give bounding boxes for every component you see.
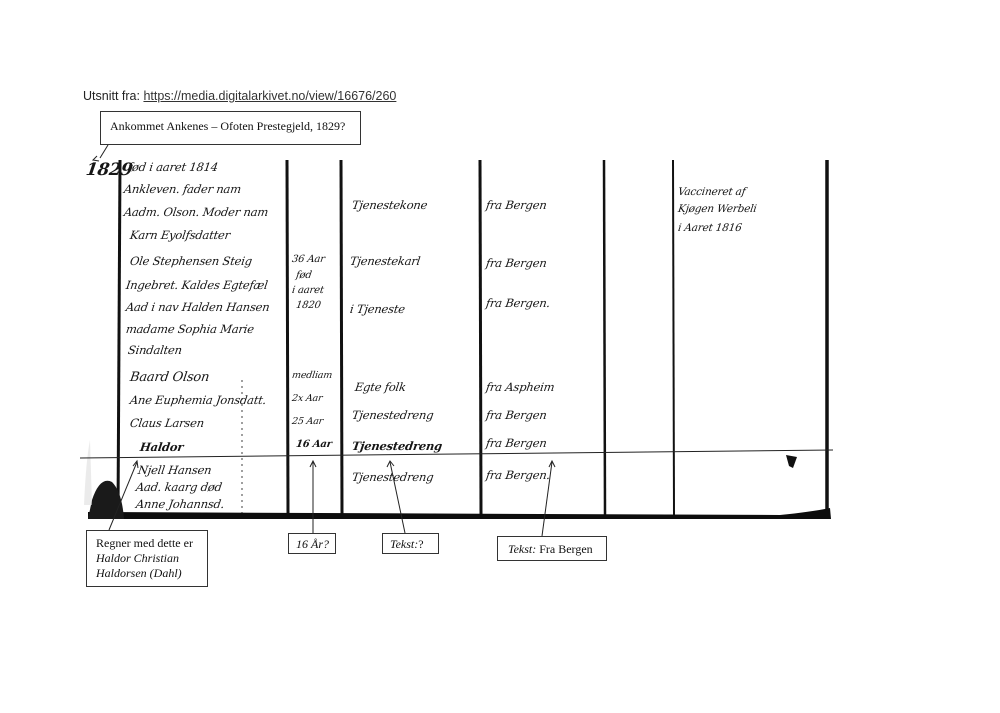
origin-cell: fra Aspheim <box>485 380 555 394</box>
age-cell: 25 Aar <box>291 416 324 427</box>
status-cell: Tjenestedreng <box>351 408 434 422</box>
name-line: Aad i nav Halden Hansen <box>125 300 270 314</box>
remarks-cell: i Aaret 1816 <box>677 222 742 234</box>
leader-line <box>100 145 108 158</box>
callout-origin-label: Tekst: <box>508 542 536 556</box>
name-line-haldor: Haldor <box>139 440 184 454</box>
origin-cell: fra Bergen. <box>485 296 551 310</box>
callout-status-label: Tekst: <box>390 537 418 551</box>
column-line <box>673 160 674 515</box>
status-cell: Tjenestedreng <box>351 470 434 484</box>
name-line: Ole Stephensen Steig <box>129 254 253 268</box>
callout-age-text: 16 År? <box>296 537 329 551</box>
name-line: Aadm. Olson. Moder nam <box>123 205 269 219</box>
name-line: Anne Johannsd. <box>135 497 225 511</box>
name-line: Aad. kaarg død <box>135 480 223 494</box>
origin-cell: fra Bergen <box>485 198 548 212</box>
origin-cell-haldor: fra Bergen <box>485 436 548 450</box>
column-line <box>341 160 342 515</box>
name-line: Sindalten <box>127 343 183 357</box>
callout-origin-text: Tekst: Fra Bergen <box>497 536 607 561</box>
column-line <box>118 160 120 515</box>
name-line: Ankleven. fader nam <box>123 182 242 196</box>
status-cell: i Tjeneste <box>349 302 406 316</box>
name-line: Baard Olson <box>129 370 210 385</box>
name-line: fød i aaret 1814 <box>127 160 219 174</box>
status-cell: Tjenestekone <box>351 198 428 212</box>
status-cell: Egte folk <box>354 380 407 394</box>
origin-cell: fra Bergen. <box>485 468 551 482</box>
callout-arrival-text: Ankommet Ankenes – Ofoten Prestegjeld, 1… <box>110 119 345 133</box>
name-line: madame Sophia Marie <box>125 322 255 336</box>
status-cell-haldor: Tjenestedreng <box>351 439 443 453</box>
callout-status-text: Tekst:? <box>382 533 439 554</box>
callout-identity-line2: Haldor Christian <box>96 551 207 566</box>
origin-cell: fra Bergen <box>485 256 548 270</box>
name-line: Ane Euphemia Jonsdatt. <box>129 393 267 407</box>
callout-arrival: Ankommet Ankenes – Ofoten Prestegjeld, 1… <box>100 111 361 145</box>
column-line <box>287 160 288 515</box>
remarks-cell: Kjøgen Werbeli <box>677 203 757 215</box>
age-cell: 36 Aar <box>291 254 325 265</box>
callout-identity: Regner med dette er Haldor Christian Hal… <box>86 530 208 587</box>
overlay-line <box>80 450 833 458</box>
remarks-cell: Vaccineret af <box>677 186 746 198</box>
callout-age: 16 År? <box>288 533 336 554</box>
callout-origin-value: Fra Bergen <box>539 542 592 556</box>
callout-identity-line3: Haldorsen (Dahl) <box>96 566 207 581</box>
age-cell: 2x Aar <box>291 393 323 404</box>
callout-identity-line1: Regner med dette er <box>96 536 207 551</box>
origin-cell: fra Bergen <box>485 408 548 422</box>
age-cell: 1820 <box>295 300 321 311</box>
name-line: Claus Larsen <box>129 416 205 430</box>
status-cell: Tjenestekarl <box>349 254 421 268</box>
name-line: Karn Eyolfsdatter <box>129 228 231 242</box>
callout-status-value: ? <box>418 537 423 551</box>
name-line: Njell Hansen <box>137 463 212 477</box>
column-line <box>604 160 605 515</box>
name-line: Ingebret. Kaldes Egtefæl <box>125 278 269 292</box>
column-line <box>480 160 481 515</box>
age-cell: medliam <box>291 370 333 381</box>
age-cell: i aaret <box>291 285 324 296</box>
age-cell: fød <box>295 270 312 281</box>
age-cell-haldor: 16 Aar <box>295 439 332 450</box>
